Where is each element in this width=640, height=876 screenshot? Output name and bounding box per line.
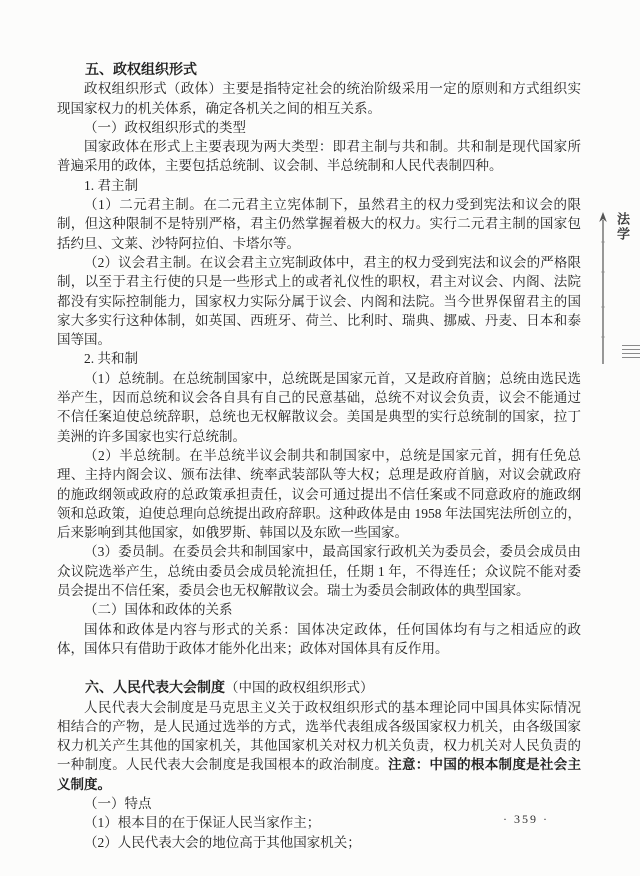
paragraph-definition: 政权组织形式（政体）主要是指特定社会的统治阶级采用一定的原则和方式组织实现国家权… xyxy=(57,79,581,118)
paragraph-npc-system: 人民代表大会制度是马克思主义关于政权组织形式的基本理论同中国具体实际情况相结合的… xyxy=(57,698,581,794)
subsection-heading-features: （一）特点 xyxy=(57,794,581,813)
section-heading-six: 六、人民代表大会制度（中国的政权组织形式） xyxy=(57,678,581,697)
section-heading-five: 五、政权组织形式 xyxy=(57,60,581,79)
page-content: 五、政权组织形式 政权组织形式（政体）主要是指特定社会的统治阶级采用一定的原则和… xyxy=(57,60,581,852)
section-heading-six-bold: 六、人民代表大会制度 xyxy=(85,679,225,695)
up-arrow-icon xyxy=(598,212,608,364)
paragraph-two-types: 国家政体在形式上主要表现为两大类型：即君主制与共和制。共和制是现代国家所普遍采用… xyxy=(57,137,581,176)
page-number: · 359 · xyxy=(503,812,549,827)
subject-label: 中国宪法学 xyxy=(615,212,640,329)
paragraph-parliamentary-monarchy: （2）议会君主制。在议会君主立宪制政体中，君主的权力受到宪法和议会的严格限制，以… xyxy=(57,253,581,349)
book-page: 五、政权组织形式 政权组织形式（政体）主要是指特定社会的统治阶级采用一定的原则和… xyxy=(0,0,640,876)
paragraph-dual-monarchy: （1）二元君主制。在二元君主立宪体制下，虽然君主的权力受到宪法和议会的限制，但这… xyxy=(57,195,581,253)
tab-hatch-decoration xyxy=(622,345,640,360)
paragraph-relation: 国体和政体是内容与形式的关系：国体决定政体，任何国体均有与之相适应的政体，国体只… xyxy=(57,620,581,659)
subheading-republic: 2. 共和制 xyxy=(57,349,581,368)
subsection-heading-relation: （二）国体和政体的关系 xyxy=(57,600,581,619)
chapter-tab-column: 第四部分中国宪法学 xyxy=(610,212,640,360)
chapter-side-tab: 第四部分中国宪法学 xyxy=(598,212,640,364)
paragraph-semi-presidential-system: （2）半总统制。在半总统半议会制共和制国家中，总统是国家元首，拥有任免总理、主持… xyxy=(57,446,581,542)
section-heading-six-paren: （中国的政权组织形式） xyxy=(225,680,374,695)
paragraph-presidential-system: （1）总统制。在总统制国家中，总统既是国家元首，又是政府首脑；总统由选民选举产生… xyxy=(57,369,581,446)
paragraph-committee-system: （3）委员制。在委员会共和制国家中，最高国家行政机关为委员会，委员会成员由众议院… xyxy=(57,542,581,600)
feature-item-2: （2）人民代表大会的地位高于其他国家机关； xyxy=(57,833,581,852)
subsection-heading-types: （一）政权组织形式的类型 xyxy=(57,118,581,137)
subheading-monarchy: 1. 君主制 xyxy=(57,176,581,195)
chapter-tab-label: 第四部分中国宪法学 xyxy=(610,212,640,340)
